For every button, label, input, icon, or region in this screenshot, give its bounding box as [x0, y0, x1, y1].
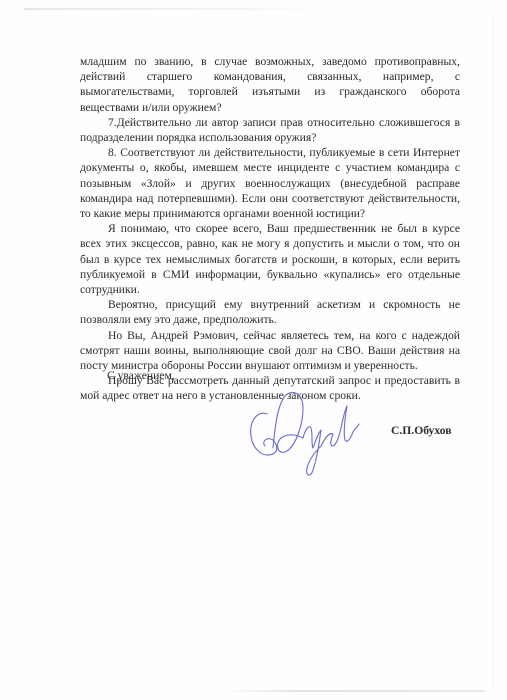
paragraph-question-8: 8. Соответствуют ли действительности, пу… [80, 145, 460, 221]
document-page: младшим по званию, в случае возможных, з… [0, 0, 507, 700]
paragraph-predecessor: Я понимаю, что скорее всего, Ваш предшес… [80, 221, 460, 297]
handwritten-signature-icon [245, 388, 365, 480]
paragraph-appeal: Но Вы, Андрей Рэмович, сейчас являетесь … [80, 328, 460, 374]
letter-body: младшим по званию, в случае возможных, з… [80, 54, 460, 404]
closing-salutation: С уважением, [107, 368, 175, 383]
scan-edge-top [24, 8, 324, 10]
scan-edge-right [493, 14, 494, 690]
scan-edge-bottom [220, 690, 485, 692]
paragraph-continuation: младшим по званию, в случае возможных, з… [80, 54, 460, 115]
paragraph-question-7: 7.Действительно ли автор записи прав отн… [80, 115, 460, 145]
paragraph-asceticism: Вероятно, присущий ему внутренний аскети… [80, 297, 460, 327]
signer-name: С.П.Обухов [391, 423, 451, 438]
